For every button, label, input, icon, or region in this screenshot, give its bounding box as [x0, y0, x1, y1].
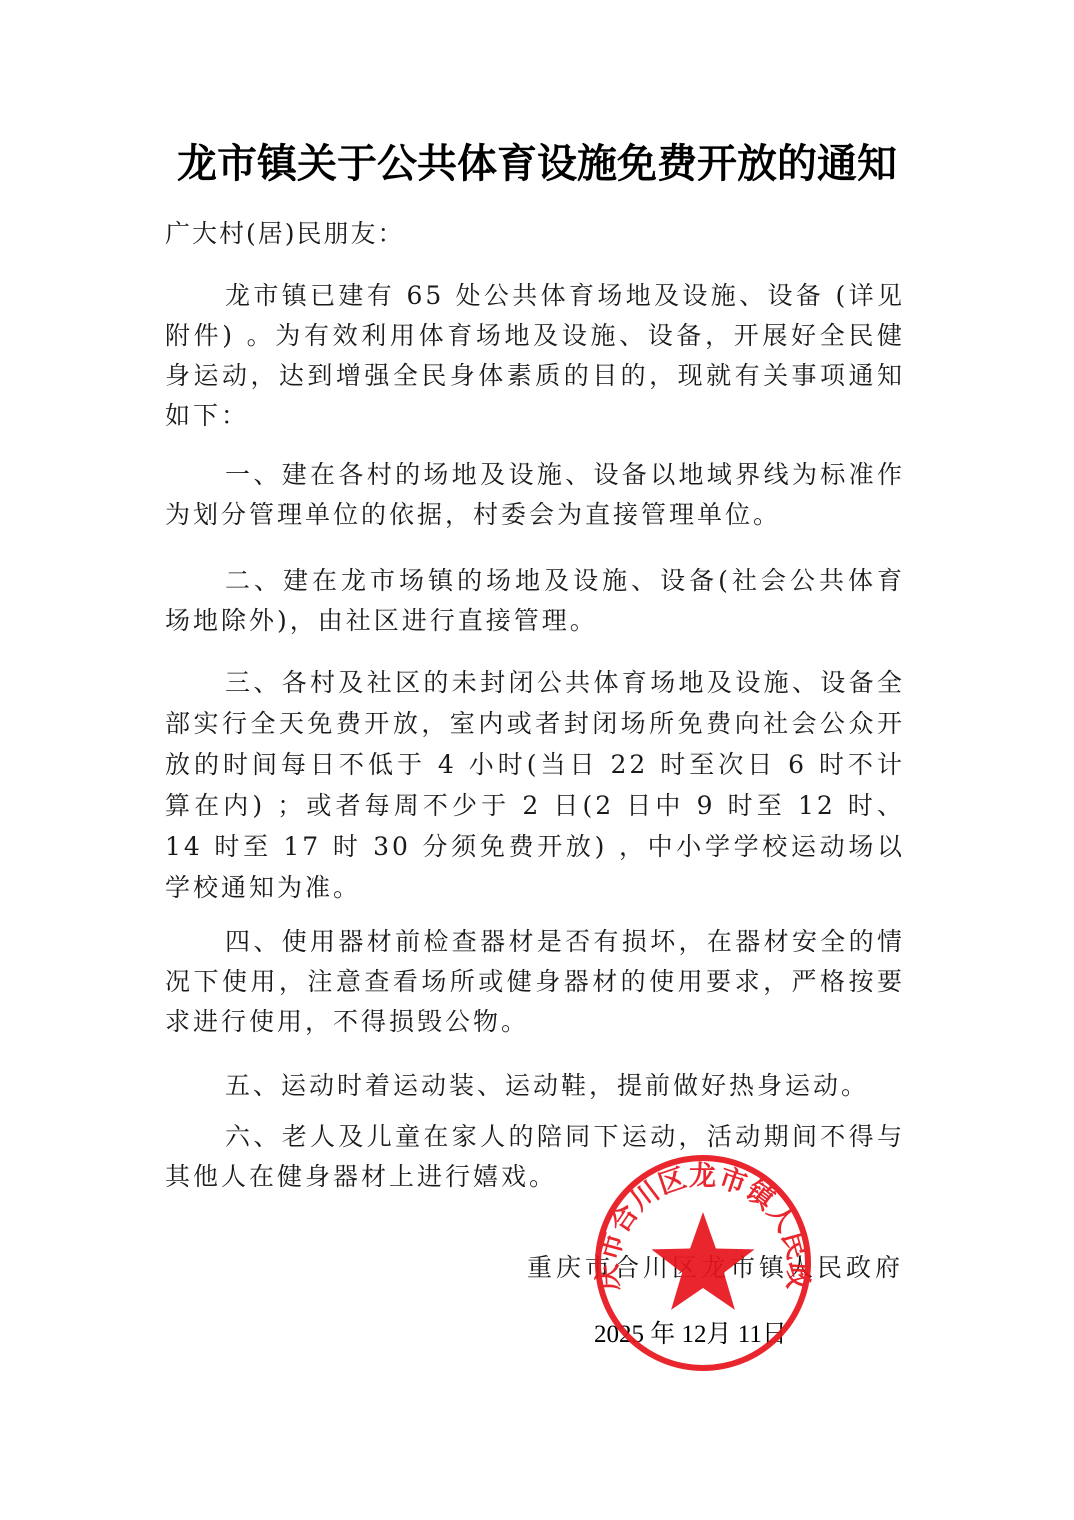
item-1-paragraph: 一、建在各村的场地及设施、设备以地域界线为标准作为划分管理单位的依据，村委会为直… [165, 455, 905, 535]
signature-date: 2025 年 12月 11日 [594, 1314, 787, 1350]
item-3-paragraph: 三、各村及社区的未封闭公共体育场地及设施、设备全部实行全天免费开放，室内或者封闭… [165, 662, 905, 908]
item-6-paragraph: 六、老人及儿童在家人的陪同下运动，活动期间不得与其他人在健身器材上进行嬉戏。 [165, 1117, 905, 1197]
signature-issuer: 重庆市合川区龙市镇人民政府 [527, 1248, 904, 1284]
item-4-paragraph: 四、使用器材前检查器材是否有损坏，在器材安全的情况下使用，注意查看场所或健身器材… [165, 922, 905, 1042]
document-page: 龙市镇关于公共体育设施免费开放的通知 广大村(居)民朋友： 龙市镇已建有 65 … [0, 0, 1074, 1520]
salutation: 广大村(居)民朋友： [165, 214, 405, 250]
item-5-paragraph: 五、运动时着运动装、运动鞋，提前做好热身运动。 [165, 1066, 905, 1106]
intro-paragraph: 龙市镇已建有 65 处公共体育场地及设施、设备 (详见附件) 。为有效利用体育场… [165, 276, 905, 436]
document-title: 龙市镇关于公共体育设施免费开放的通知 [0, 132, 1074, 189]
item-2-paragraph: 二、建在龙市场镇的场地及设施、设备(社会公共体育场地除外)，由社区进行直接管理。 [165, 561, 905, 641]
